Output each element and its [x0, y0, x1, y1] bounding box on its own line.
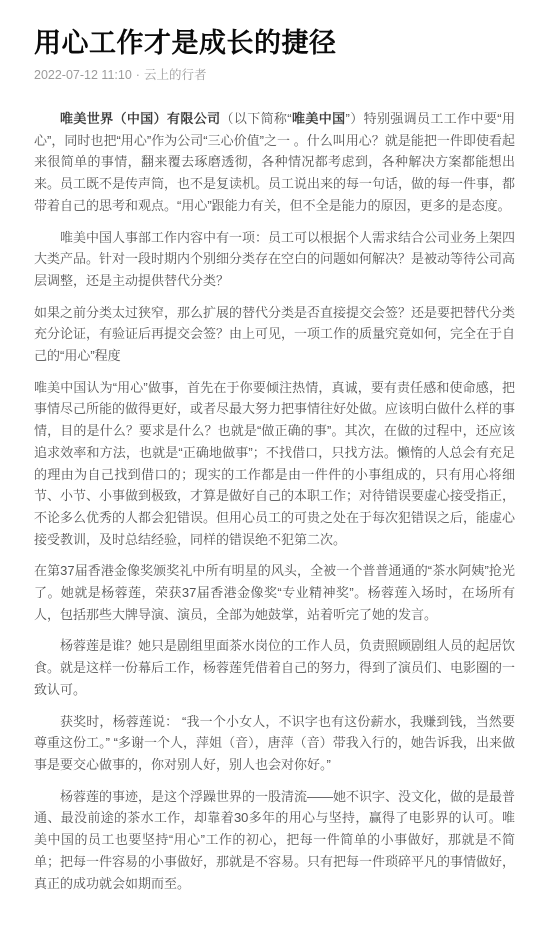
paragraph: 唯美中国人事部工作内容中有一项：员工可以根据个人需求结合公司业务上架四大类产品。… — [34, 227, 515, 292]
paragraph: 杨蓉莲的事迹，是这个浮躁世界的一股清流——她不识字、没文化，做的是最普通、最没前… — [34, 786, 515, 895]
text-run: 杨蓉莲是谁？她只是剧组里面茶水岗位的工作人员，负责照顾剧组人员的起居饮食。就是这… — [34, 638, 515, 696]
article-title: 用心工作才是成长的捷径 — [34, 26, 515, 60]
text-run: 唯美中国认为“用心”做事，首先在于你要倾注热情，真诚，要有责任感和使命感，把事情… — [34, 380, 515, 547]
bold-text-run: 唯美世界（中国）有限公司 — [60, 111, 220, 126]
bold-text-run: 唯美中国 — [292, 111, 346, 126]
paragraph: 在第37届香港金像奖颁奖礼中所有明星的风头，全被一个普普通通的“茶水阿姨”抢光了… — [34, 560, 515, 625]
text-run: ”）特别强调员工工作中要“用心”，同时也把“用心”作为公司“三心价值”之一 。什… — [34, 111, 515, 213]
text-run: 如果之前分类太过狭窄，那么扩展的替代分类是否直接提交会签？还是要把替代分类充分论… — [34, 305, 515, 363]
author-name: 云上的行者 — [144, 68, 207, 82]
text-run: 获奖时，杨蓉莲说： “我一个小女人，不识字也有这份薪水，我赚到钱，当然要尊重这份… — [34, 714, 515, 772]
article-page: 用心工作才是成长的捷径 2022-07-12 11:10·云上的行者 唯美世界（… — [0, 0, 548, 935]
paragraph: 唯美中国认为“用心”做事，首先在于你要倾注热情，真诚，要有责任感和使命感，把事情… — [34, 377, 515, 551]
text-run: （以下简称“ — [220, 111, 291, 126]
paragraph: 唯美世界（中国）有限公司（以下简称“唯美中国”）特别强调员工工作中要“用心”，同… — [34, 108, 515, 217]
publish-datetime: 2022-07-12 11:10 — [34, 68, 132, 82]
paragraph: 如果之前分类太过狭窄，那么扩展的替代分类是否直接提交会签？还是要把替代分类充分论… — [34, 302, 515, 367]
paragraph: 获奖时，杨蓉莲说： “我一个小女人，不识字也有这份薪水，我赚到钱，当然要尊重这份… — [34, 711, 515, 776]
text-run: 在第37届香港金像奖颁奖礼中所有明星的风头，全被一个普普通通的“茶水阿姨”抢光了… — [34, 563, 515, 621]
text-run: 唯美中国人事部工作内容中有一项：员工可以根据个人需求结合公司业务上架四大类产品。… — [34, 230, 515, 288]
text-run: 杨蓉莲的事迹，是这个浮躁世界的一股清流——她不识字、没文化，做的是最普通、最没前… — [34, 789, 515, 891]
paragraph: 杨蓉莲是谁？她只是剧组里面茶水岗位的工作人员，负责照顾剧组人员的起居饮食。就是这… — [34, 635, 515, 700]
article-body: 唯美世界（中国）有限公司（以下简称“唯美中国”）特别强调员工工作中要“用心”，同… — [34, 108, 515, 894]
article-meta: 2022-07-12 11:10·云上的行者 — [34, 67, 515, 84]
meta-dot-separator: · — [136, 68, 140, 82]
